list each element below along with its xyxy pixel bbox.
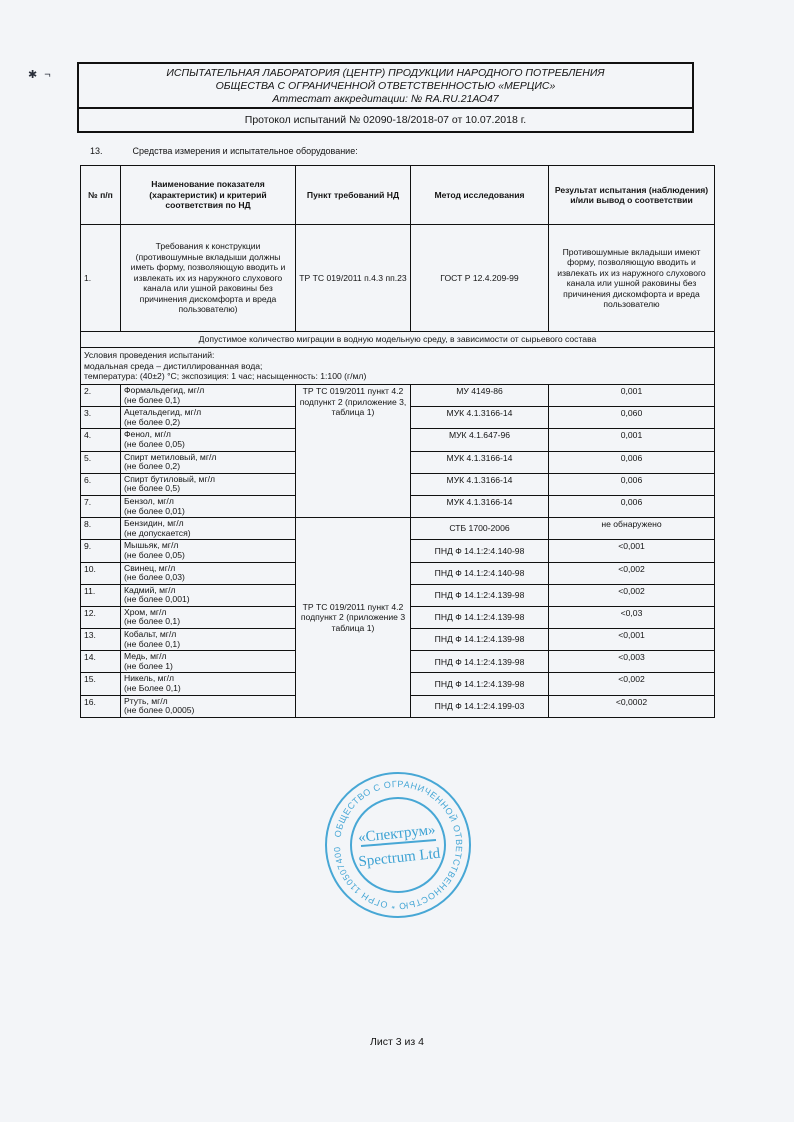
row-method: ПНД Ф 14.1:2:4.139-98 [411, 584, 549, 606]
protocol-title: Протокол испытаний № 02090-18/2018-07 от… [79, 109, 692, 131]
section-heading: 13. Средства измерения и испытательное о… [90, 146, 358, 156]
table-row: 1. Требования к конструкции (противошумн… [81, 225, 715, 332]
row-method: ГОСТ Р 12.4.209-99 [411, 225, 549, 332]
row-result: <0,001 [549, 540, 715, 562]
col-header-result: Результат испытания (наблюдения) и/или в… [549, 166, 715, 225]
results-table: № п/п Наименование показателя (характери… [80, 165, 715, 718]
row-result: <0,0002 [549, 695, 715, 717]
row-result: <0,003 [549, 651, 715, 673]
row-name: Хром, мг/л(не более 0,1) [121, 606, 296, 628]
row-name: Требования к конструкции (противошумные … [121, 225, 296, 332]
indicator-limit: (не более 0,05) [124, 551, 292, 561]
indicator-limit: (не более 0,2) [124, 418, 292, 428]
row-name: Кобальт, мг/л(не более 0,1) [121, 629, 296, 651]
table-header-row: № п/п Наименование показателя (характери… [81, 166, 715, 225]
row-punkt: ТР ТС 019/2011 пункт 4.2 подпункт 2 (при… [296, 518, 411, 718]
row-result: 0,001 [549, 429, 715, 451]
row-method: ПНД Ф 14.1:2:4.199-03 [411, 695, 549, 717]
row-name: Ртуть, мг/л(не более 0,0005) [121, 695, 296, 717]
row-name: Спирт метиловый, мг/л(не более 0,2) [121, 451, 296, 473]
row-result: <0,002 [549, 584, 715, 606]
row-name: Медь, мг/л(не более 1) [121, 651, 296, 673]
row-num: 7. [81, 495, 121, 517]
row-num: 2. [81, 385, 121, 407]
indicator-limit: (не более 0,1) [124, 617, 292, 627]
lab-name-line2: ОБЩЕСТВА С ОГРАНИЧЕННОЙ ОТВЕТСТВЕННОСТЬЮ… [79, 80, 692, 93]
conditions-row: Условия проведения испытаний: модальная … [81, 348, 715, 385]
row-num: 4. [81, 429, 121, 451]
row-method: МУК 4.1.3166-14 [411, 451, 549, 473]
row-name: Ацетальдегид, мг/л(не более 0,2) [121, 407, 296, 429]
row-method: ПНД Ф 14.1:2:4.139-98 [411, 673, 549, 695]
row-method: МУК 4.1.3166-14 [411, 495, 549, 517]
row-method: МУК 4.1.3166-14 [411, 473, 549, 495]
header-box: ИСПЫТАТЕЛЬНАЯ ЛАБОРАТОРИЯ (ЦЕНТР) ПРОДУК… [77, 62, 694, 133]
row-num: 14. [81, 651, 121, 673]
row-num: 11. [81, 584, 121, 606]
row-result: 0,006 [549, 473, 715, 495]
indicator-limit: (не более 1) [124, 662, 292, 672]
section-number: 13. [90, 146, 130, 156]
row-result: 0,006 [549, 495, 715, 517]
row-name: Никель, мг/л(не Более 0,1) [121, 673, 296, 695]
row-method: ПНД Ф 14.1:2:4.139-98 [411, 606, 549, 628]
row-num: 6. [81, 473, 121, 495]
row-result: 0,060 [549, 407, 715, 429]
row-result: 0,006 [549, 451, 715, 473]
row-result: <0,002 [549, 673, 715, 695]
row-method: ПНД Ф 14.1:2:4.139-98 [411, 651, 549, 673]
row-punkt: ТР ТС 019/2011 пункт 4.2 подпункт 2 (при… [296, 385, 411, 518]
indicator-limit: (не более 0,001) [124, 595, 292, 605]
conditions-line: температура: (40±2) °С; экспозиция: 1 ча… [84, 371, 711, 382]
row-num: 9. [81, 540, 121, 562]
row-num: 13. [81, 629, 121, 651]
row-name: Бензол, мг/л(не более 0,01) [121, 495, 296, 517]
col-header-method: Метод исследования [411, 166, 549, 225]
col-header-punkt: Пункт требований НД [296, 166, 411, 225]
row-result: <0,03 [549, 606, 715, 628]
row-name: Кадмий, мг/л(не более 0,001) [121, 584, 296, 606]
row-result: 0,001 [549, 385, 715, 407]
indicator-limit: (не более 0,2) [124, 462, 292, 472]
col-header-num: № п/п [81, 166, 121, 225]
row-name: Формальдегид, мг/л(не более 0,1) [121, 385, 296, 407]
row-result: <0,002 [549, 562, 715, 584]
table-row: 2.Формальдегид, мг/л(не более 0,1)ТР ТС … [81, 385, 715, 407]
row-num: 5. [81, 451, 121, 473]
row-name: Фенол, мг/л(не более 0,05) [121, 429, 296, 451]
indicator-limit: (не более 0,1) [124, 396, 292, 406]
indicator-limit: (не Более 0,1) [124, 684, 292, 694]
row-result: <0,001 [549, 629, 715, 651]
migration-banner: Допустимое количество миграции в водную … [81, 332, 715, 348]
row-name: Мышьяк, мг/л(не более 0,05) [121, 540, 296, 562]
row-num: 3. [81, 407, 121, 429]
row-method: МУ 4149-86 [411, 385, 549, 407]
row-result: не обнаружено [549, 518, 715, 540]
row-method: МУК 4.1.647-96 [411, 429, 549, 451]
table-row: 8.Бензидин, мг/л(не допускается)ТР ТС 01… [81, 518, 715, 540]
row-method: ПНД Ф 14.1:2:4.139-98 [411, 629, 549, 651]
indicator-limit: (не более 0,5) [124, 484, 292, 494]
company-stamp: ОБЩЕСТВО С ОГРАНИЧЕННОЙ ОТВЕТСТВЕННОСТЬЮ… [323, 770, 473, 920]
page-number: Лист 3 из 4 [0, 1036, 794, 1048]
row-name: Спирт бутиловый, мг/л(не более 0,5) [121, 473, 296, 495]
stamp-name-en: Spectrum Ltd [358, 846, 442, 871]
indicator-limit: (не допускается) [124, 529, 292, 539]
conditions-line: Условия проведения испытаний: [84, 350, 711, 361]
row-method: МУК 4.1.3166-14 [411, 407, 549, 429]
conditions-line: модальная среда – дистиллированная вода; [84, 361, 711, 372]
row-num: 1. [81, 225, 121, 332]
indicator-limit: (не более 0,03) [124, 573, 292, 583]
row-name: Бензидин, мг/л(не допускается) [121, 518, 296, 540]
row-method: ПНД Ф 14.1:2:4.140-98 [411, 562, 549, 584]
scan-artifact: ✱ ¬ [28, 68, 53, 81]
section-banner-row: Допустимое количество миграции в водную … [81, 332, 715, 348]
row-method: ПНД Ф 14.1:2:4.140-98 [411, 540, 549, 562]
row-name: Свинец, мг/л(не более 0,03) [121, 562, 296, 584]
lab-name-line1: ИСПЫТАТЕЛЬНАЯ ЛАБОРАТОРИЯ (ЦЕНТР) ПРОДУК… [79, 67, 692, 80]
section-title: Средства измерения и испытательное обору… [133, 146, 358, 156]
row-num: 12. [81, 606, 121, 628]
test-conditions: Условия проведения испытаний: модальная … [81, 348, 715, 385]
row-method: СТБ 1700-2006 [411, 518, 549, 540]
indicator-limit: (не более 0,05) [124, 440, 292, 450]
row-punkt: ТР ТС 019/2011 п.4.3 пп.23 [296, 225, 411, 332]
col-header-name: Наименование показателя (характеристик) … [121, 166, 296, 225]
accreditation: Аттестат аккредитации: № RA.RU.21АО47 [79, 93, 692, 106]
indicator-limit: (не более 0,1) [124, 640, 292, 650]
row-result: Противошумные вкладыши имеют форму, позв… [549, 225, 715, 332]
row-num: 16. [81, 695, 121, 717]
lab-info: ИСПЫТАТЕЛЬНАЯ ЛАБОРАТОРИЯ (ЦЕНТР) ПРОДУК… [79, 64, 692, 109]
row-num: 15. [81, 673, 121, 695]
row-num: 8. [81, 518, 121, 540]
indicator-limit: (не более 0,0005) [124, 706, 292, 716]
indicator-limit: (не более 0,01) [124, 507, 292, 517]
row-num: 10. [81, 562, 121, 584]
